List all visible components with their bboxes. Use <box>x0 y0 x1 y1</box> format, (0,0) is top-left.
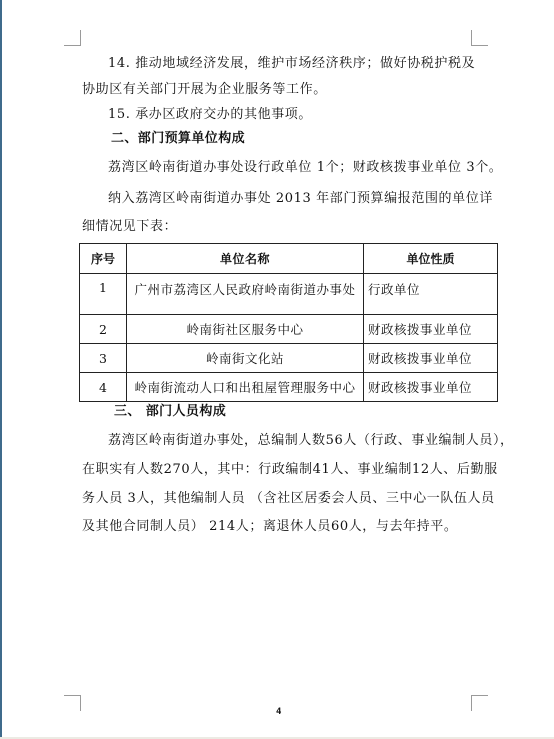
section-heading-staff-composition: 三、 部门人员构成 <box>114 404 226 420</box>
margin-corner-mark-bottom-left <box>64 695 81 711</box>
table-row: 2 岭南街社区服务中心 财政核拨事业单位 <box>80 315 498 344</box>
margin-corner-mark-bottom-right <box>471 695 488 711</box>
paragraph-item15: 15. 承办区政府交办的其他事项。 <box>108 107 312 123</box>
paragraph-staff-line4: 及其他合同制人员） 214人；离退休人员60人，与去年持平。 <box>82 519 458 535</box>
budget-units-table: 序号 单位名称 单位性质 1 广州市荔湾区人民政府岭南街道办事处 行政单位 2 … <box>79 243 498 402</box>
paragraph-budget-scope-line1: 纳入荔湾区岭南街道办事处 2013 年部门预算编报范围的单位详 <box>108 191 493 207</box>
paragraph-item14-line1: 14. 推动地域经济发展，维护市场经济秩序；做好协税护税及 <box>108 56 475 72</box>
cell-unit-type: 财政核拨事业单位 <box>364 373 498 402</box>
cell-unit-name: 岭南街文化站 <box>127 344 364 373</box>
cell-index: 3 <box>80 344 127 373</box>
paragraph-budget-units-summary: 荔湾区岭南街道办事处设行政单位 1个；财政核拨事业单位 3个。 <box>108 160 502 176</box>
column-header-unit-name: 单位名称 <box>127 244 364 274</box>
paragraph-staff-line2: 在职实有人数270人，其中：行政编制41人、事业编制12人、后勤服 <box>82 462 498 478</box>
cell-unit-name: 广州市荔湾区人民政府岭南街道办事处 <box>127 274 364 315</box>
section-heading-budget-units: 二、部门预算单位构成 <box>111 131 245 147</box>
cell-unit-name: 岭南街流动人口和出租屋管理服务中心 <box>127 373 364 402</box>
column-header-unit-type: 单位性质 <box>364 244 498 274</box>
table-row: 1 广州市荔湾区人民政府岭南街道办事处 行政单位 <box>80 274 498 315</box>
cell-index: 4 <box>80 373 127 402</box>
cell-index: 2 <box>80 315 127 344</box>
paragraph-budget-scope-line2: 细情况见下表： <box>82 219 177 235</box>
paragraph-staff-line3: 务人员 3人，其他编制人员 （含社区居委会人员、三中心一队伍人员 <box>82 491 495 507</box>
table-row: 3 岭南街文化站 财政核拨事业单位 <box>80 344 498 373</box>
page-number: 4 <box>276 707 281 717</box>
table-header-row: 序号 单位名称 单位性质 <box>80 244 498 274</box>
paragraph-staff-line1: 荔湾区岭南街道办事处，总编制人数56人（行政、事业编制人员）， <box>108 433 514 449</box>
cell-unit-type: 财政核拨事业单位 <box>364 344 498 373</box>
cell-unit-type: 财政核拨事业单位 <box>364 315 498 344</box>
margin-corner-mark-top-right <box>471 30 488 46</box>
cell-index: 1 <box>80 274 127 315</box>
column-header-index: 序号 <box>80 244 127 274</box>
paragraph-item14-line2: 协助区有关部门开展为企业服务等工作。 <box>82 82 327 98</box>
window-left-border <box>0 0 2 739</box>
table-row: 4 岭南街流动人口和出租屋管理服务中心 财政核拨事业单位 <box>80 373 498 402</box>
cell-unit-type: 行政单位 <box>364 274 498 315</box>
margin-corner-mark-top-left <box>64 30 81 46</box>
cell-unit-name: 岭南街社区服务中心 <box>127 315 364 344</box>
